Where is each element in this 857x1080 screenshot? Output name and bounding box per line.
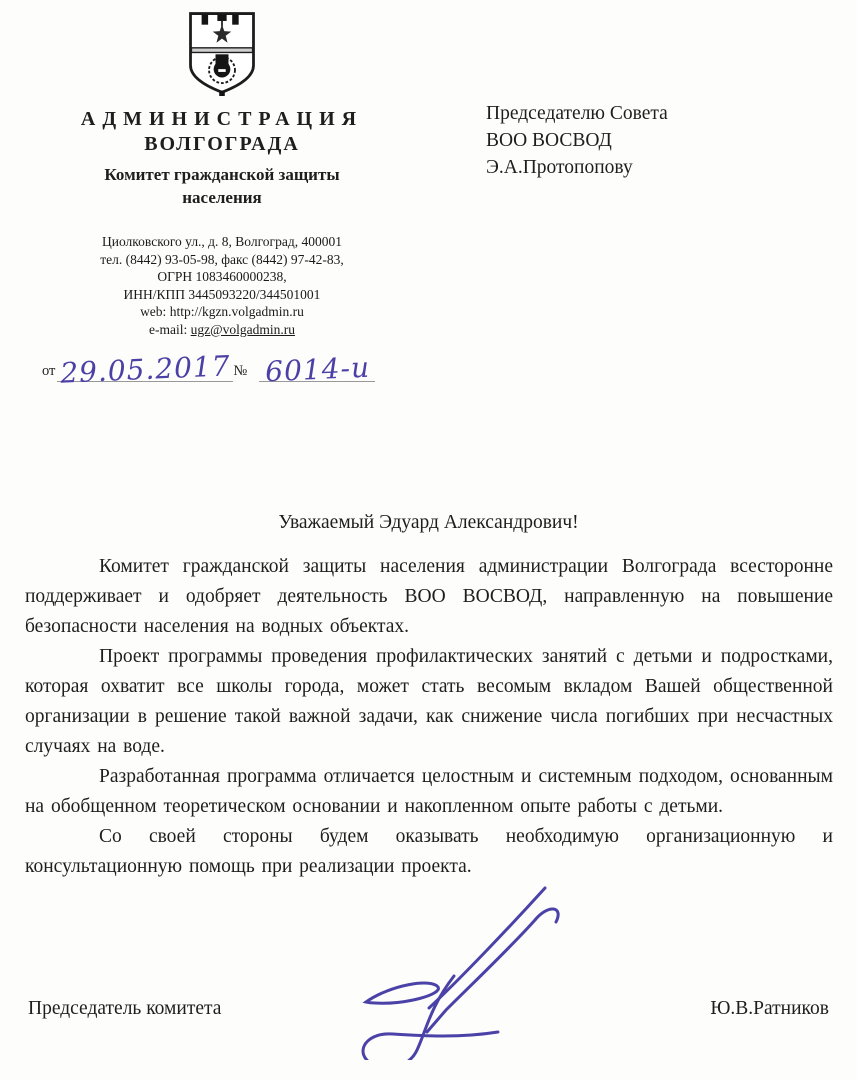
phone-fax: тел. (8442) 93-05-98, факс (8442) 97-42-… bbox=[6, 251, 438, 269]
org-unit-line2: населения bbox=[6, 186, 438, 209]
contact-block: Циолковского ул., д. 8, Волгоград, 40000… bbox=[6, 233, 438, 338]
number-prefix-label: № bbox=[233, 363, 247, 382]
body-paragraph: Комитет гражданской защиты населения адм… bbox=[25, 552, 833, 642]
web-label: web: bbox=[140, 304, 166, 319]
org-unit: Комитет гражданской защиты населения bbox=[6, 163, 438, 209]
ogrn: ОГРН 1083460000238, bbox=[6, 268, 438, 286]
sender-block: АДМИНИСТРАЦИЯ ВОЛГОГРАДА Комитет граждан… bbox=[0, 6, 438, 382]
web-url: http://kgzn.volgadmin.ru bbox=[170, 304, 304, 319]
number-blank: 6014-и bbox=[259, 348, 375, 382]
email-link: ugz@volgadmin.ru bbox=[191, 322, 295, 337]
date-blank: 29.05.2017 bbox=[57, 348, 233, 382]
recipient-block: Председателю Совета ВОО ВОСВОД Э.А.Прото… bbox=[486, 6, 668, 382]
body-paragraph: Проект программы проведения профилактиче… bbox=[25, 642, 833, 762]
signature-row: Председатель комитета Ю.В.Ратников bbox=[28, 998, 829, 1020]
body-paragraph: Разработанная программа отличается целос… bbox=[25, 762, 833, 822]
recipient-name: Э.А.Протопопову bbox=[486, 154, 668, 181]
postal-address: Циолковского ул., д. 8, Волгоград, 40000… bbox=[6, 233, 438, 251]
salutation: Уважаемый Эдуард Александрович! bbox=[0, 512, 857, 534]
volgograd-coat-of-arms-icon bbox=[169, 8, 275, 96]
email-line: e-mail: ugz@volgadmin.ru bbox=[6, 321, 438, 339]
date-prefix-label: от bbox=[42, 363, 55, 382]
handwritten-signature bbox=[332, 882, 564, 1060]
email-label: e-mail: bbox=[149, 322, 187, 337]
signer-title: Председатель комитета bbox=[28, 998, 221, 1020]
letter-body: Комитет гражданской защиты населения адм… bbox=[25, 552, 833, 882]
date-number-line: от 29.05.2017 № 6014-и bbox=[6, 344, 438, 382]
handwritten-number: 6014-и bbox=[264, 351, 370, 389]
recipient-organization: ВОО ВОСВОД bbox=[486, 127, 668, 154]
inn-kpp: ИНН/КПП 3445093220/344501001 bbox=[6, 286, 438, 304]
web-line: web: http://kgzn.volgadmin.ru bbox=[6, 303, 438, 321]
org-unit-line1: Комитет гражданской защиты bbox=[6, 163, 438, 186]
body-paragraph: Со своей стороны будем оказывать необход… bbox=[25, 822, 833, 882]
letterhead: АДМИНИСТРАЦИЯ ВОЛГОГРАДА Комитет граждан… bbox=[0, 0, 857, 382]
org-name-city: ВОЛГОГРАДА bbox=[6, 133, 438, 156]
handwritten-date: 29.05.2017 bbox=[60, 349, 232, 389]
org-name-administration: АДМИНИСТРАЦИЯ bbox=[6, 108, 438, 131]
recipient-position: Председателю Совета bbox=[486, 100, 668, 127]
scanned-letter-page: АДМИНИСТРАЦИЯ ВОЛГОГРАДА Комитет граждан… bbox=[0, 0, 857, 1080]
signer-name: Ю.В.Ратников bbox=[710, 998, 829, 1020]
